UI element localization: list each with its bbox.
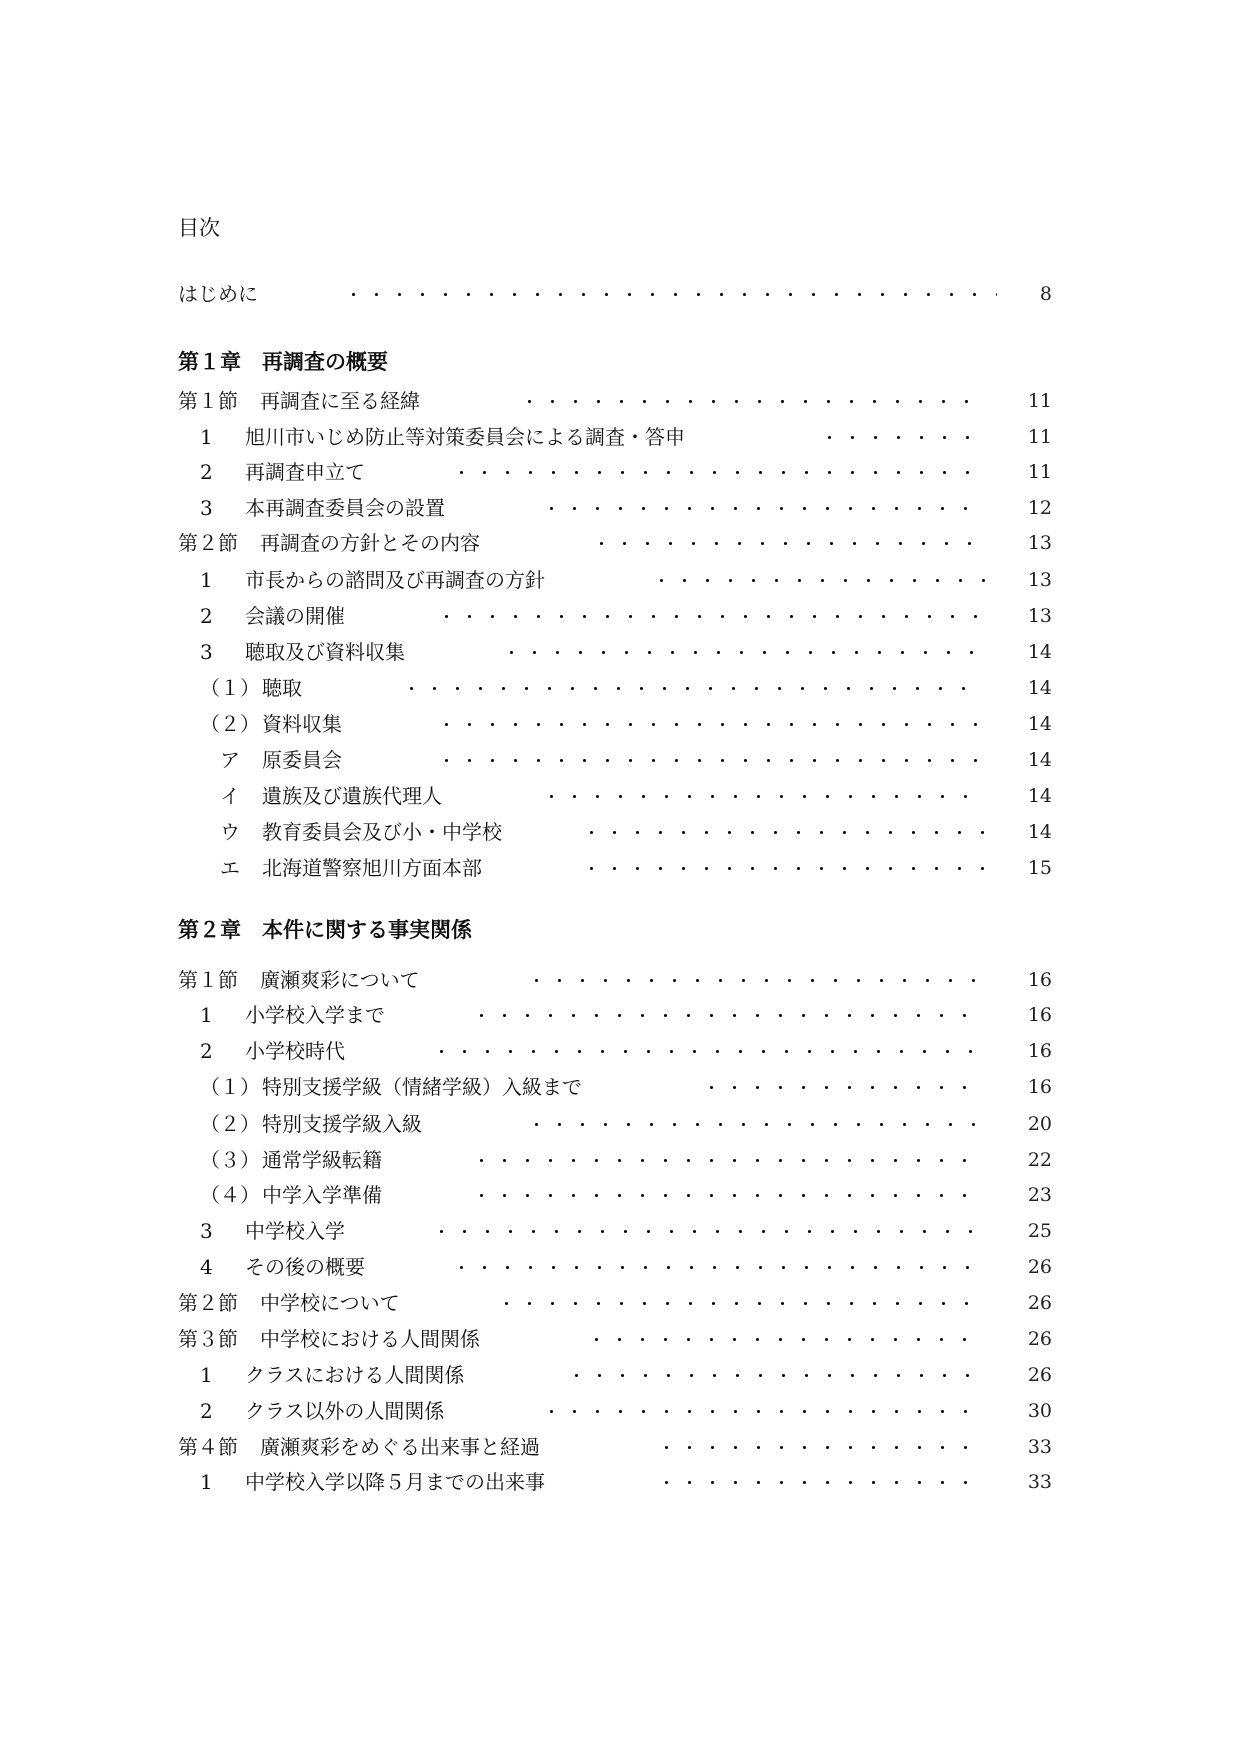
toc-entry[interactable]: 1市長からの諮問及び再調査の方針13 (0, 565, 1239, 595)
toc-entry-text: はじめに (178, 279, 258, 309)
toc-page-number: 33 (1022, 1467, 1052, 1497)
toc-page-number: 11 (1022, 457, 1052, 487)
dot-leader (565, 1374, 985, 1377)
toc-entry[interactable]: 第２節中学校について26 (0, 1288, 1239, 1318)
dot-leader (818, 436, 985, 439)
toc-entry-number: 3 (200, 493, 213, 523)
toc-page-number: 33 (1022, 1432, 1052, 1462)
toc-entry-number: 第１節 (178, 386, 238, 416)
toc-entry-text: 本再調査委員会の設置 (245, 493, 445, 523)
toc-entry-text: 再調査申立て (245, 457, 365, 487)
toc-page-number: 26 (1022, 1360, 1052, 1390)
toc-page-number: 14 (1022, 781, 1052, 811)
toc-entry-number: 1 (200, 1360, 213, 1390)
toc-entry[interactable]: イ遺族及び遺族代理人14 (0, 781, 1239, 811)
toc-entry[interactable]: 1中学校入学以降５月までの出来事33 (0, 1467, 1239, 1497)
toc-entry[interactable]: 1旭川市いじめ防止等対策委員会による調査・答申11 (0, 422, 1239, 452)
toc-entry-text: 小学校時代 (245, 1036, 345, 1066)
toc-entry-text: 小学校入学まで (245, 1000, 385, 1030)
toc-entry-text: 中学入学準備 (262, 1180, 382, 1210)
toc-entry-intro[interactable]: はじめに 8 (0, 279, 1239, 309)
dot-leader (540, 1410, 983, 1413)
toc-entry[interactable]: （２）資料収集14 (0, 709, 1239, 739)
dot-leader (435, 759, 993, 762)
dot-leader (540, 507, 983, 510)
toc-entry-number: 3 (200, 637, 213, 667)
toc-entry-number: 1 (200, 565, 213, 595)
toc-entry[interactable]: 第４節廣瀬爽彩をめぐる出来事と経過33 (0, 1432, 1239, 1462)
toc-entry[interactable]: エ北海道警察旭川方面本部15 (0, 853, 1239, 883)
toc-entry-text: 資料収集 (262, 709, 342, 739)
toc-entry[interactable]: 2会議の開催13 (0, 601, 1239, 631)
toc-entry-text: 再調査の方針とその内容 (260, 528, 480, 558)
dot-leader (518, 400, 984, 403)
toc-page-number: 16 (1022, 1000, 1052, 1030)
toc-entry-number: ウ (220, 817, 240, 847)
toc-entry[interactable]: 2小学校時代16 (0, 1036, 1239, 1066)
toc-page-number: 26 (1022, 1288, 1052, 1318)
toc-entry[interactable]: 3本再調査委員会の設置12 (0, 493, 1239, 523)
toc-entry-text: 会議の開催 (245, 601, 345, 631)
toc-page-number: 8 (1022, 279, 1052, 309)
toc-entry-number: 第２節 (178, 1288, 238, 1318)
toc-entry-number: 2 (200, 1036, 213, 1066)
toc-entry[interactable]: 4その後の概要26 (0, 1252, 1239, 1282)
toc-entry[interactable]: （４）中学入学準備23 (0, 1180, 1239, 1210)
toc-page-number: 14 (1022, 709, 1052, 739)
toc-entry-text: 特別支援学級入級 (262, 1109, 422, 1139)
dot-leader (342, 293, 997, 296)
dot-leader (470, 1194, 982, 1197)
dot-leader (700, 1086, 982, 1089)
toc-entry[interactable]: ウ教育委員会及び小・中学校14 (0, 817, 1239, 847)
dot-leader (470, 1159, 982, 1162)
toc-entry-text: 教育委員会及び小・中学校 (262, 817, 502, 847)
toc-entry-number: エ (220, 853, 240, 883)
toc-entry[interactable]: 第２節再調査の方針とその内容13 (0, 528, 1239, 558)
toc-entry-number: 1 (200, 1000, 213, 1030)
dot-leader (450, 471, 985, 474)
toc-page-number: 22 (1022, 1145, 1052, 1175)
toc-page-number: 16 (1022, 965, 1052, 995)
dot-leader (590, 542, 987, 545)
dot-leader (470, 1014, 982, 1017)
toc-entry[interactable]: （１）聴取14 (0, 673, 1239, 703)
toc-entry-text: 聴取及び資料収集 (245, 637, 405, 667)
toc-title: 目次 (178, 215, 220, 241)
dot-leader (525, 979, 991, 982)
toc-page-number: 20 (1022, 1109, 1052, 1139)
toc-entry-number: 第１節 (178, 965, 238, 995)
toc-entry[interactable]: 3中学校入学25 (0, 1216, 1239, 1246)
toc-page-number: 25 (1022, 1216, 1052, 1246)
toc-page-number: 13 (1022, 565, 1052, 595)
toc-entry[interactable]: （３）通常学級転籍22 (0, 1145, 1239, 1175)
dot-leader (430, 1050, 988, 1053)
toc-entry-number: イ (220, 781, 240, 811)
toc-page-number: 11 (1022, 386, 1052, 416)
toc-page-number: 15 (1022, 853, 1052, 883)
chapter-title: 第２章 本件に関する事実関係 (178, 917, 472, 943)
toc-entry-number: ア (220, 745, 240, 775)
toc-entry[interactable]: （１）特別支援学級（情緒学級）入級まで16 (0, 1072, 1239, 1102)
toc-page-number: 30 (1022, 1396, 1052, 1426)
toc-page-number: 26 (1022, 1324, 1052, 1354)
toc-entry-text: 北海道警察旭川方面本部 (262, 853, 482, 883)
toc-entry-number: （４） (200, 1180, 260, 1210)
toc-entry-number: 4 (200, 1252, 213, 1282)
dot-leader (430, 1230, 988, 1233)
toc-page-number: 13 (1022, 601, 1052, 631)
toc-entry-text: 廣瀬爽彩をめぐる出来事と経過 (260, 1432, 540, 1462)
toc-entry-number: 2 (200, 601, 213, 631)
toc-page-number: 14 (1022, 817, 1052, 847)
dot-leader (435, 615, 993, 618)
toc-page-number: 11 (1022, 422, 1052, 452)
toc-entry-text: クラスにおける人間関係 (245, 1360, 464, 1390)
toc-entry-number: （１） (200, 673, 260, 703)
toc-entry-number: 3 (200, 1216, 213, 1246)
dot-leader (495, 1302, 984, 1305)
toc-entry-text: 再調査に至る経緯 (260, 386, 420, 416)
toc-entry[interactable]: 第１節再調査に至る経緯11 (0, 386, 1239, 416)
toc-entry[interactable]: 第１節廣瀬爽彩について16 (0, 965, 1239, 995)
toc-entry-text: 中学校入学以降５月までの出来事 (245, 1467, 545, 1497)
toc-entry-text: 特別支援学級（情緒学級）入級まで (262, 1072, 582, 1102)
toc-entry-text: 遺族及び遺族代理人 (262, 781, 442, 811)
toc-entry-number: 第４節 (178, 1432, 238, 1462)
document-page: 目次 はじめに 8 第１章 再調査の概要 第１節再調査に至る経緯111旭川市いじ… (0, 0, 1239, 1754)
dot-leader (580, 867, 1000, 870)
dot-leader (650, 579, 1001, 582)
dot-leader (500, 651, 989, 654)
toc-entry-number: 第３節 (178, 1324, 238, 1354)
dot-leader (540, 795, 983, 798)
toc-entry-text: 中学校について (260, 1288, 400, 1318)
toc-entry[interactable]: 2再調査申立て11 (0, 457, 1239, 487)
toc-page-number: 14 (1022, 637, 1052, 667)
dot-leader (655, 1446, 983, 1449)
toc-page-number: 26 (1022, 1252, 1052, 1282)
toc-entry-number: 第２節 (178, 528, 238, 558)
toc-entry-number: 2 (200, 457, 213, 487)
toc-entry-number: （２） (200, 709, 260, 739)
toc-entry-number: （２） (200, 1109, 260, 1139)
toc-entry[interactable]: 1小学校入学まで16 (0, 1000, 1239, 1030)
toc-entry-number: （３） (200, 1145, 260, 1175)
toc-entry-number: 1 (200, 422, 213, 452)
toc-entry-text: 原委員会 (262, 745, 342, 775)
dot-leader (525, 1123, 991, 1126)
toc-entry[interactable]: 1クラスにおける人間関係26 (0, 1360, 1239, 1390)
toc-entry-text: 中学校における人間関係 (260, 1324, 480, 1354)
toc-entry[interactable]: 3聴取及び資料収集14 (0, 637, 1239, 667)
toc-page-number: 14 (1022, 745, 1052, 775)
toc-entry-number: 2 (200, 1396, 213, 1426)
dot-leader (400, 687, 981, 690)
toc-entry-text: クラス以外の人間関係 (245, 1396, 444, 1426)
toc-entry-number: 1 (200, 1467, 213, 1497)
chapter-title: 第１章 再調査の概要 (178, 349, 388, 375)
toc-page-number: 16 (1022, 1036, 1052, 1066)
dot-leader (580, 831, 1000, 834)
toc-page-number: 12 (1022, 493, 1052, 523)
toc-entry-text: 旭川市いじめ防止等対策委員会による調査・答申 (245, 422, 685, 452)
toc-entry-text: 聴取 (262, 673, 302, 703)
dot-leader (585, 1338, 982, 1341)
toc-page-number: 16 (1022, 1072, 1052, 1102)
toc-entry-text: 廣瀬爽彩について (260, 965, 420, 995)
dot-leader (435, 723, 993, 726)
toc-entry-number: （１） (200, 1072, 260, 1102)
toc-page-number: 13 (1022, 528, 1052, 558)
dot-leader (450, 1266, 985, 1269)
toc-entry-text: 通常学級転籍 (262, 1145, 382, 1175)
toc-page-number: 23 (1022, 1180, 1052, 1210)
toc-page-number: 14 (1022, 673, 1052, 703)
toc-entry[interactable]: （２）特別支援学級入級20 (0, 1109, 1239, 1139)
toc-entry[interactable]: 第３節中学校における人間関係26 (0, 1324, 1239, 1354)
toc-entry-text: その後の概要 (245, 1252, 365, 1282)
toc-entry[interactable]: ア原委員会14 (0, 745, 1239, 775)
toc-entry[interactable]: 2クラス以外の人間関係30 (0, 1396, 1239, 1426)
toc-entry-text: 中学校入学 (245, 1216, 345, 1246)
dot-leader (655, 1481, 983, 1484)
toc-entry-text: 市長からの諮問及び再調査の方針 (245, 565, 545, 595)
